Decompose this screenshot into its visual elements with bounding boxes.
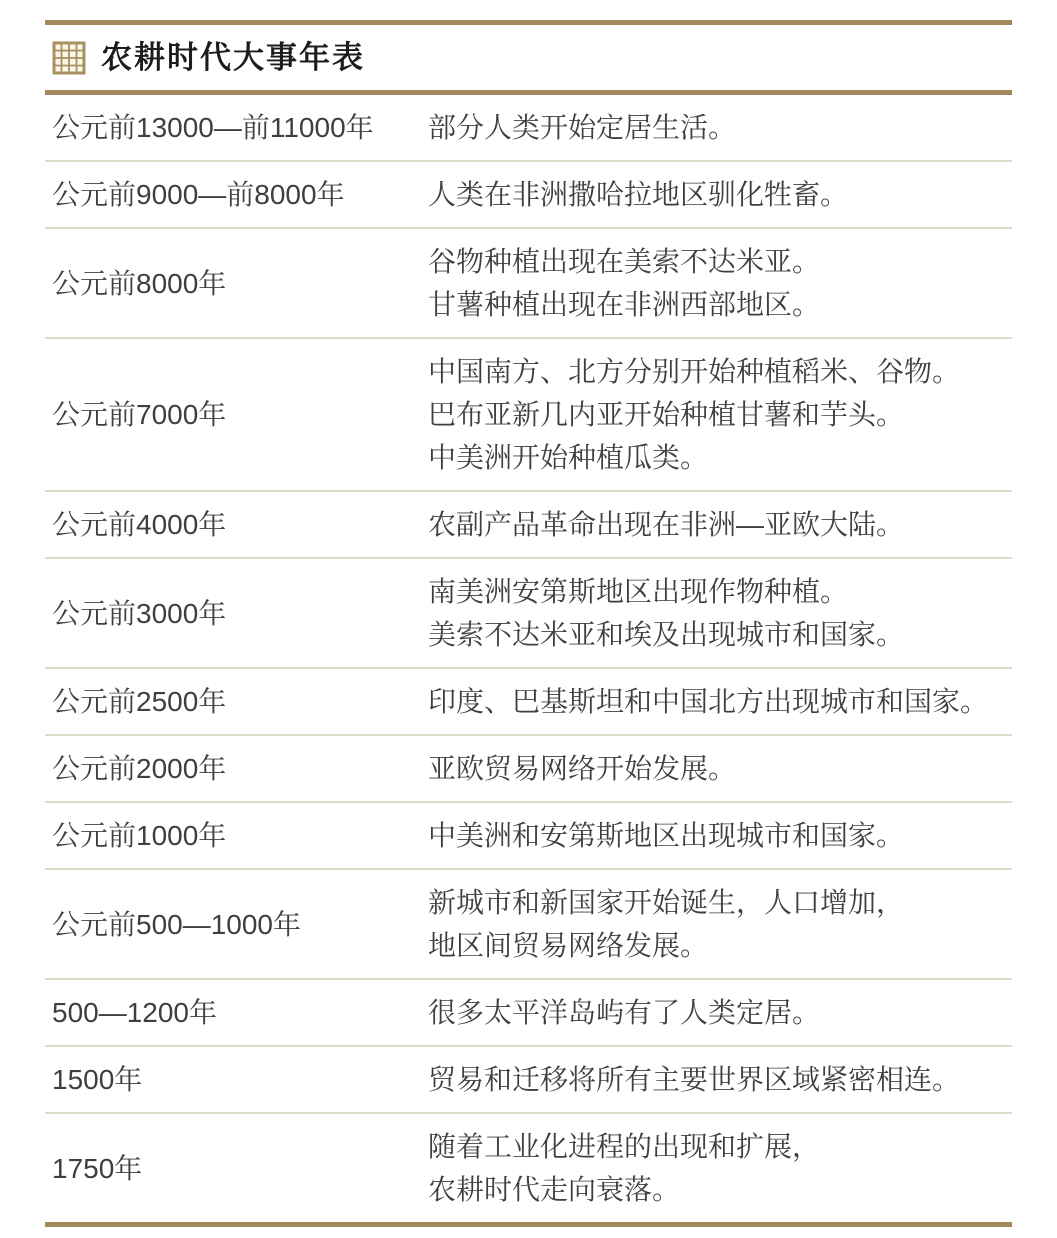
event-cell: 随着工业化进程的出现和扩展，农耕时代走向衰落。 xyxy=(428,1125,1012,1211)
table-row: 公元前13000—前11000年部分人类开始定居生活。 xyxy=(45,95,1012,160)
event-line: 很多太平洋岛屿有了人类定居。 xyxy=(428,991,1012,1034)
table-row: 公元前500—1000年新城市和新国家开始诞生，人口增加，地区间贸易网络发展。 xyxy=(45,868,1012,978)
date-cell: 公元前500—1000年 xyxy=(45,903,428,946)
event-line: 随着工业化进程的出现和扩展， xyxy=(428,1125,1012,1168)
event-line: 新城市和新国家开始诞生，人口增加， xyxy=(428,881,1012,924)
table-row: 公元前2000年亚欧贸易网络开始发展。 xyxy=(45,734,1012,801)
table-row: 500—1200年很多太平洋岛屿有了人类定居。 xyxy=(45,978,1012,1045)
event-line: 谷物种植出现在美索不达米亚。 xyxy=(428,240,1012,283)
table-row: 公元前8000年谷物种植出现在美索不达米亚。甘薯种植出现在非洲西部地区。 xyxy=(45,227,1012,337)
event-cell: 新城市和新国家开始诞生，人口增加，地区间贸易网络发展。 xyxy=(428,881,1012,967)
table-row: 1750年随着工业化进程的出现和扩展，农耕时代走向衰落。 xyxy=(45,1112,1012,1222)
date-cell: 公元前2000年 xyxy=(45,747,428,790)
table-grid-icon xyxy=(52,41,86,75)
event-cell: 谷物种植出现在美索不达米亚。甘薯种植出现在非洲西部地区。 xyxy=(428,240,1012,326)
event-cell: 亚欧贸易网络开始发展。 xyxy=(428,747,1012,790)
table-header: 农耕时代大事年表 xyxy=(45,25,1012,90)
table-row: 公元前9000—前8000年人类在非洲撒哈拉地区驯化牲畜。 xyxy=(45,160,1012,227)
event-line: 地区间贸易网络发展。 xyxy=(428,924,1012,967)
event-line: 贸易和迁移将所有主要世界区域紧密相连。 xyxy=(428,1058,1012,1101)
event-cell: 中美洲和安第斯地区出现城市和国家。 xyxy=(428,814,1012,857)
date-cell: 公元前8000年 xyxy=(45,262,428,305)
event-cell: 农副产品革命出现在非洲—亚欧大陆。 xyxy=(428,503,1012,546)
event-line: 中国南方、北方分别开始种植稻米、谷物。 xyxy=(428,350,1012,393)
page-title: 农耕时代大事年表 xyxy=(101,42,365,73)
event-cell: 部分人类开始定居生活。 xyxy=(428,106,1012,149)
event-line: 甘薯种植出现在非洲西部地区。 xyxy=(428,283,1012,326)
table-row: 公元前2500年印度、巴基斯坦和中国北方出现城市和国家。 xyxy=(45,667,1012,734)
event-line: 亚欧贸易网络开始发展。 xyxy=(428,747,1012,790)
table-row: 公元前4000年农副产品革命出现在非洲—亚欧大陆。 xyxy=(45,490,1012,557)
event-cell: 人类在非洲撒哈拉地区驯化牲畜。 xyxy=(428,173,1012,216)
date-cell: 公元前9000—前8000年 xyxy=(45,173,428,216)
event-line: 中美洲和安第斯地区出现城市和国家。 xyxy=(428,814,1012,857)
bottom-accent-rule xyxy=(45,1222,1012,1227)
timeline-table-body: 公元前13000—前11000年部分人类开始定居生活。公元前9000—前8000… xyxy=(45,95,1012,1222)
table-row: 公元前3000年南美洲安第斯地区出现作物种植。美索不达米亚和埃及出现城市和国家。 xyxy=(45,557,1012,667)
book-page: 农耕时代大事年表 公元前13000—前11000年部分人类开始定居生活。公元前9… xyxy=(0,0,1057,1238)
date-cell: 500—1200年 xyxy=(45,991,428,1034)
date-cell: 公元前1000年 xyxy=(45,814,428,857)
event-cell: 贸易和迁移将所有主要世界区域紧密相连。 xyxy=(428,1058,1012,1101)
event-line: 南美洲安第斯地区出现作物种植。 xyxy=(428,570,1012,613)
event-cell: 南美洲安第斯地区出现作物种植。美索不达米亚和埃及出现城市和国家。 xyxy=(428,570,1012,656)
event-cell: 中国南方、北方分别开始种植稻米、谷物。巴布亚新几内亚开始种植甘薯和芋头。中美洲开… xyxy=(428,350,1012,479)
event-line: 美索不达米亚和埃及出现城市和国家。 xyxy=(428,613,1012,656)
event-line: 印度、巴基斯坦和中国北方出现城市和国家。 xyxy=(428,680,1012,723)
date-cell: 公元前2500年 xyxy=(45,680,428,723)
event-cell: 印度、巴基斯坦和中国北方出现城市和国家。 xyxy=(428,680,1012,723)
table-row: 1500年贸易和迁移将所有主要世界区域紧密相连。 xyxy=(45,1045,1012,1112)
date-cell: 公元前13000—前11000年 xyxy=(45,106,428,149)
event-line: 部分人类开始定居生活。 xyxy=(428,106,1012,149)
date-cell: 公元前3000年 xyxy=(45,592,428,635)
date-cell: 1750年 xyxy=(45,1147,428,1190)
event-line: 人类在非洲撒哈拉地区驯化牲畜。 xyxy=(428,173,1012,216)
event-line: 农副产品革命出现在非洲—亚欧大陆。 xyxy=(428,503,1012,546)
event-line: 巴布亚新几内亚开始种植甘薯和芋头。 xyxy=(428,393,1012,436)
timeline-card: 农耕时代大事年表 公元前13000—前11000年部分人类开始定居生活。公元前9… xyxy=(45,20,1012,1227)
date-cell: 公元前4000年 xyxy=(45,503,428,546)
event-line: 中美洲开始种植瓜类。 xyxy=(428,436,1012,479)
event-cell: 很多太平洋岛屿有了人类定居。 xyxy=(428,991,1012,1034)
table-row: 公元前7000年中国南方、北方分别开始种植稻米、谷物。巴布亚新几内亚开始种植甘薯… xyxy=(45,337,1012,490)
date-cell: 1500年 xyxy=(45,1058,428,1101)
date-cell: 公元前7000年 xyxy=(45,393,428,436)
table-row: 公元前1000年中美洲和安第斯地区出现城市和国家。 xyxy=(45,801,1012,868)
event-line: 农耕时代走向衰落。 xyxy=(428,1168,1012,1211)
